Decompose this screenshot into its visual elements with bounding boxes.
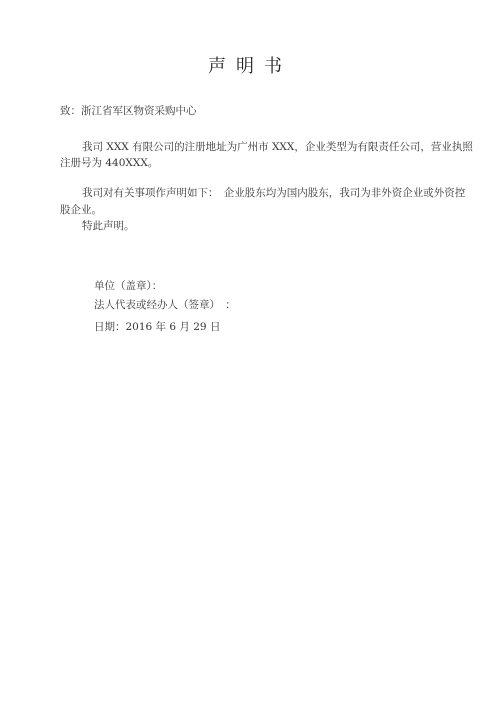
paragraph-2-line-2: 股企业。 (60, 203, 102, 217)
closing-statement: 特此声明。 (82, 219, 135, 233)
signature-date: 日期：2016 年 6 月 29 日 (94, 320, 220, 334)
signature-unit: 单位（盖章）： (94, 279, 162, 293)
paragraph-1-line-1: 我司 XXX 有限公司的注册地址为广州市 XXX，企业类型为有限责任公司，营业执… (82, 140, 473, 154)
document-page: 声明书 致：浙江省军区物资采购中心 我司 XXX 有限公司的注册地址为广州市 X… (0, 0, 500, 708)
signature-representative: 法人代表或经办人（签章） ： (94, 298, 236, 312)
paragraph-2-line-1: 我司对有关事项作声明如下： 企业股东均为国内股东，我司为非外资企业或外资控 (82, 186, 465, 200)
paragraph-1-line-2: 注册号为 440XXX。 (60, 156, 158, 170)
addressee-line: 致：浙江省军区物资采购中心 (60, 104, 197, 118)
document-title: 声明书 (0, 56, 500, 78)
